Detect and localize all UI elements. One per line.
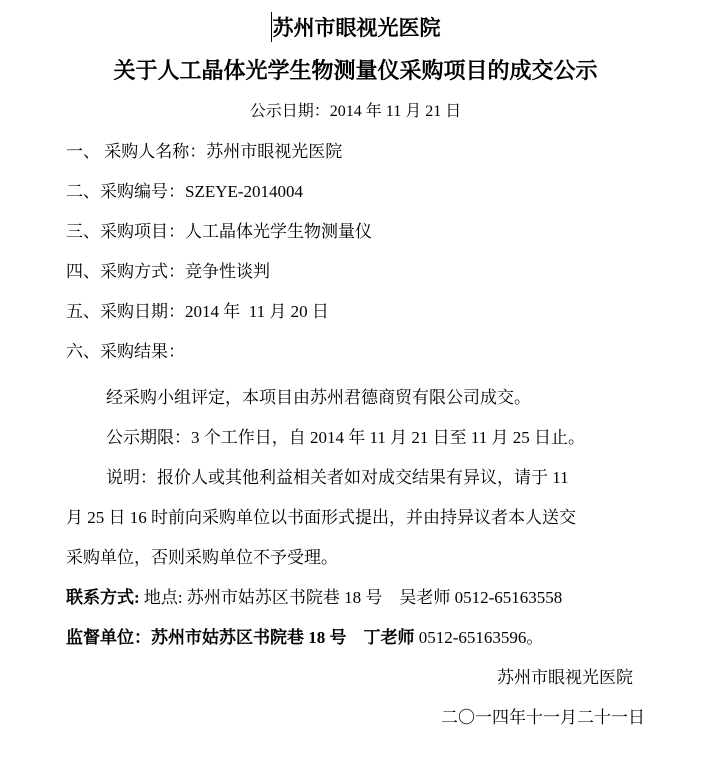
note-paragraph-line-1: 说明：报价人或其他利益相关者如对成交结果有异议，请于 11 — [66, 458, 645, 498]
contact-line: 联系方式: 地点: 苏州市姑苏区书院巷 18 号 吴老师 0512-651635… — [66, 578, 645, 618]
hospital-name: 苏州市眼视光医院 — [273, 16, 441, 40]
item-procurement-project: 三、采购项目：人工晶体光学生物测量仪 — [66, 212, 645, 252]
item-procurement-result: 六、采购结果： — [66, 332, 645, 372]
contact-label: 联系方式: — [66, 588, 140, 607]
publish-date-line: 公示日期：2014 年 11 月 21 日 — [66, 92, 645, 132]
document-title: 关于人工晶体光学生物测量仪采购项目的成交公示 — [66, 50, 645, 92]
period-paragraph: 公示期限：3 个工作日，自 2014 年 11 月 21 日至 11 月 25 … — [66, 418, 645, 458]
contact-value: 地点: 苏州市姑苏区书院巷 18 号 吴老师 0512-65163558 — [140, 588, 563, 607]
item-procurement-date: 五、采购日期：2014 年 11 月 20 日 — [66, 292, 645, 332]
document-header-org: 苏州市眼视光医院 — [66, 6, 645, 50]
item-procurement-method: 四、采购方式：竞争性谈判 — [66, 252, 645, 292]
supervisor-label: 监督单位：苏州市姑苏区书院巷 18 号 丁老师 — [66, 628, 415, 647]
item-purchaser-name: 一、 采购人名称：苏州市眼视光医院 — [66, 132, 645, 172]
text-cursor — [271, 12, 272, 42]
note-paragraph-line-3: 采购单位，否则采购单位不予受理。 — [66, 538, 645, 578]
signature-date: 二〇一四年十一月二十一日 — [66, 698, 645, 738]
result-paragraph: 经采购小组评定，本项目由苏州君德商贸有限公司成交。 — [66, 378, 645, 418]
signature-org: 苏州市眼视光医院 — [66, 658, 645, 698]
item-procurement-number: 二、采购编号：SZEYE-2014004 — [66, 172, 645, 212]
announcement-document: 苏州市眼视光医院 关于人工晶体光学生物测量仪采购项目的成交公示 公示日期：201… — [0, 0, 709, 776]
supervisor-value: 0512-65163596。 — [415, 628, 544, 647]
supervisor-line: 监督单位：苏州市姑苏区书院巷 18 号 丁老师 0512-65163596。 — [66, 618, 645, 658]
note-paragraph-line-2: 月 25 日 16 时前向采购单位以书面形式提出，并由持异议者本人送交 — [66, 498, 645, 538]
